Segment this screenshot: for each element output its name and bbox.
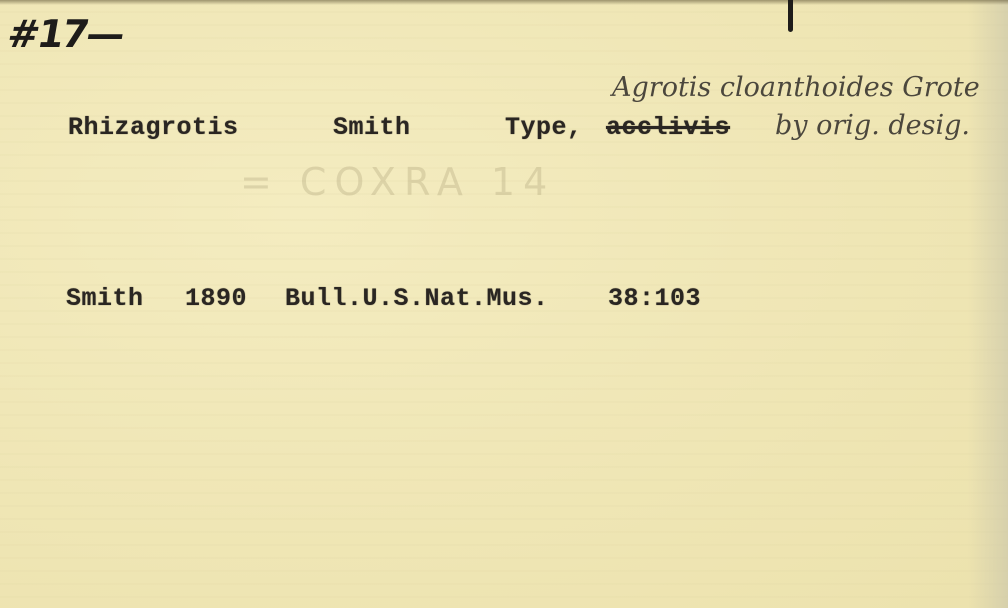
top-edge-mark <box>788 0 793 32</box>
genus-author: Smith <box>333 113 411 142</box>
index-card: #17— Rhizagrotis Smith Type, acclivis Ag… <box>0 0 1008 608</box>
genus-name: Rhizagrotis <box>68 113 239 142</box>
handwritten-designation: by orig. desig. <box>775 110 970 141</box>
type-label: Type, <box>505 113 583 142</box>
ref-author: Smith <box>66 284 144 313</box>
ref-publication: Bull.U.S.Nat.Mus. <box>285 284 549 313</box>
type-species-struck: acclivis <box>606 113 730 142</box>
ref-year: 1890 <box>185 284 247 313</box>
faint-pencil-note: = COXRA 14 <box>240 160 555 204</box>
card-number-mark: #17— <box>4 12 126 56</box>
ref-volume-page: 38:103 <box>608 284 701 313</box>
handwritten-type-species: Agrotis cloanthoides Grote <box>612 72 980 103</box>
